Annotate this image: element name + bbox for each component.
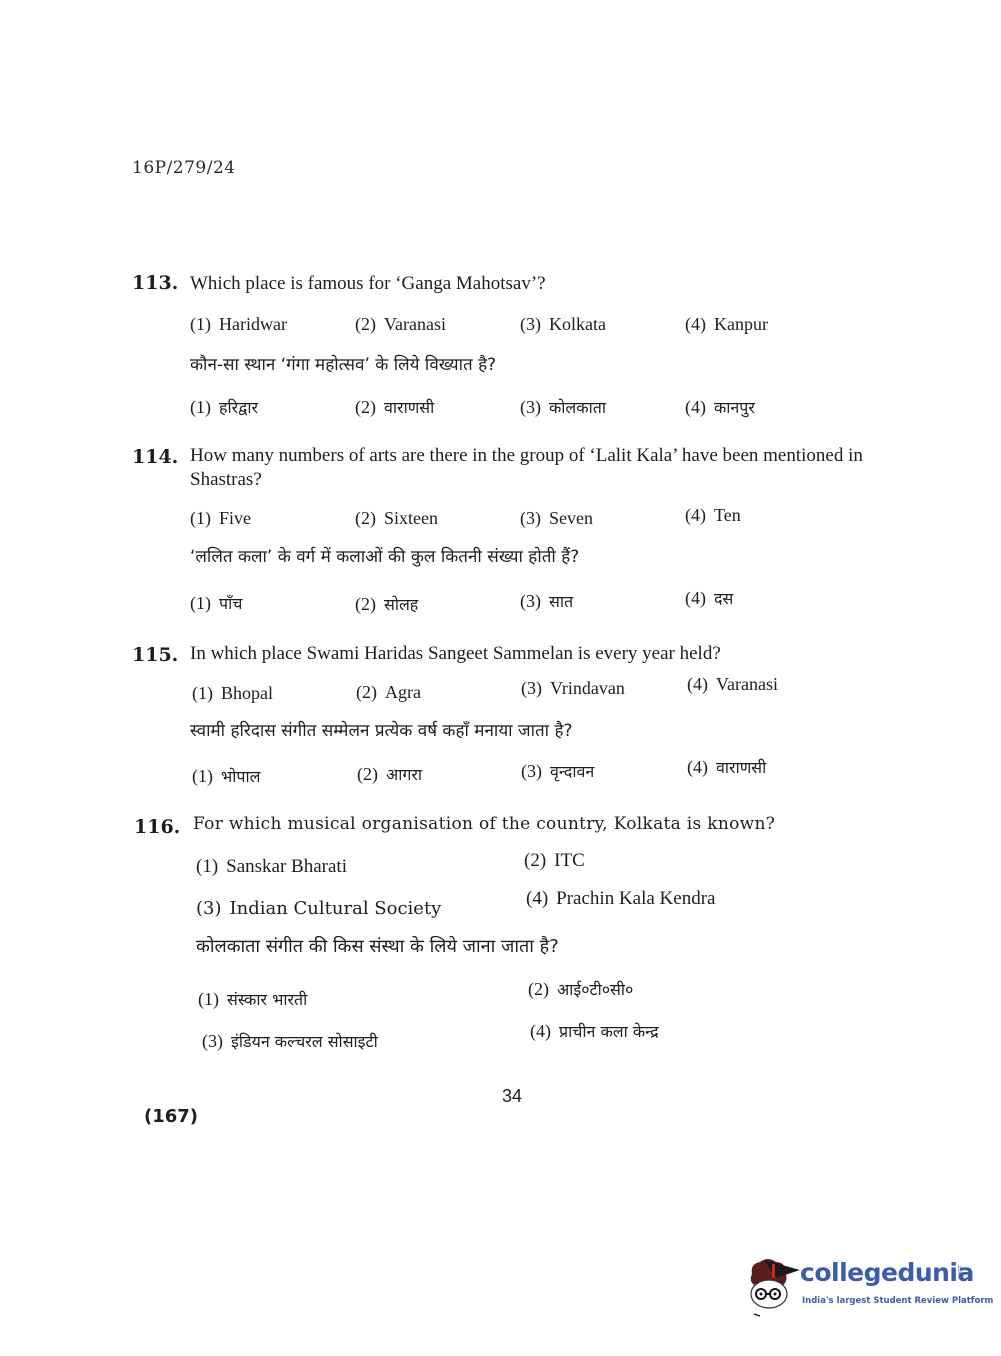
question-text-en: In which place Swami Haridas Sangeet Sam…: [190, 642, 880, 666]
option-en-1: (1)Haridwar: [190, 314, 287, 335]
option-hi-3: (3)कोलकाता: [520, 396, 606, 418]
option-hi-1: (1)संस्कार भारती: [198, 988, 307, 1010]
option-hi-4: (4)वाराणसी: [687, 756, 766, 778]
option-hi-2: (2)सोलह: [355, 593, 418, 615]
option-en-3: (3)Vrindavan: [521, 678, 625, 699]
question-text-en: For which musical organisation of the co…: [193, 812, 883, 836]
question-text-hi: स्वामी हरिदास संगीत सम्मेलन प्रत्येक वर्…: [190, 718, 573, 741]
brand-tagline: India's largest Student Review Platform: [802, 1296, 993, 1306]
question-number: 114.: [132, 446, 178, 468]
option-en-4: (4)Ten: [685, 505, 741, 526]
option-en-1: (1)Bhopal: [192, 683, 273, 704]
question-number: 116.: [134, 816, 180, 838]
question-text-hi: कोलकाता संगीत की किस संस्था के लिये जाना…: [196, 934, 559, 958]
option-en-2: (2)Sixteen: [355, 508, 438, 529]
page-number: 34: [502, 1086, 522, 1107]
option-hi-3: (3)इंडियन कल्चरल सोसाइटी: [202, 1030, 378, 1052]
mascot-icon: [742, 1252, 802, 1322]
option-en-3: (3)Indian Cultural Society: [196, 898, 441, 919]
brand-domain-suffix: .com: [956, 1264, 963, 1279]
option-en-4: (4)Kanpur: [685, 314, 768, 335]
option-en-3: (3)Seven: [520, 508, 593, 529]
option-hi-2: (2)आई०टी०सी०: [528, 978, 633, 1000]
option-hi-4: (4)कानपुर: [685, 396, 755, 418]
option-en-2: (2)ITC: [524, 850, 585, 872]
question-text-hi: ‘ललित कला’ के वर्ग में कलाओं की कुल कितन…: [190, 544, 579, 567]
question-text-en: Which place is famous for ‘Ganga Mahotsa…: [190, 272, 880, 296]
question-number: 113.: [132, 272, 178, 294]
option-en-2: (2)Varanasi: [355, 314, 446, 335]
option-hi-4: (4)प्राचीन कला केन्द्र: [530, 1020, 659, 1042]
collegedunia-watermark: collegedunia .com India's largest Studen…: [742, 1252, 972, 1322]
question-text-hi: कौन-सा स्थान ‘गंगा महोत्सव’ के लिये विख्…: [190, 352, 496, 375]
option-hi-3: (3)वृन्दावन: [521, 760, 594, 782]
option-hi-1: (1)हरिद्वार: [190, 396, 258, 418]
option-en-4: (4)Varanasi: [687, 674, 778, 695]
option-hi-1: (1)भोपाल: [192, 765, 260, 787]
option-en-1: (1)Sanskar Bharati: [196, 856, 347, 878]
option-hi-2: (2)आगरा: [357, 763, 422, 785]
option-en-4: (4)Prachin Kala Kendra: [526, 888, 715, 910]
footer-code: (167): [144, 1106, 198, 1127]
question-number: 115.: [132, 644, 178, 666]
option-en-2: (2)Agra: [356, 682, 421, 703]
option-hi-2: (2)वाराणसी: [355, 396, 434, 418]
option-en-1: (1)Five: [190, 508, 251, 529]
option-en-3: (3)Kolkata: [520, 314, 606, 335]
option-hi-3: (3)सात: [520, 590, 573, 612]
option-hi-4: (4)दस: [685, 587, 733, 609]
brand-name: collegedunia: [800, 1258, 974, 1287]
option-hi-1: (1)पाँच: [190, 592, 242, 614]
paper-code: 16P/279/24: [132, 158, 236, 178]
question-text-en: How many numbers of arts are there in th…: [190, 444, 880, 492]
